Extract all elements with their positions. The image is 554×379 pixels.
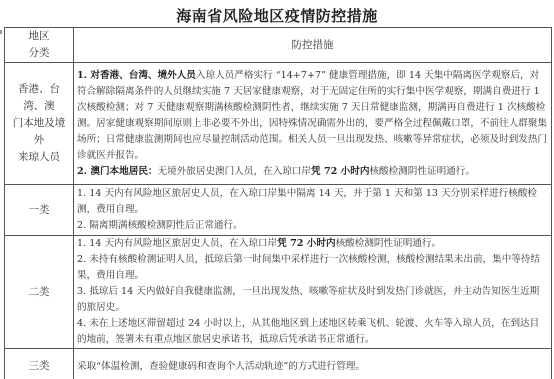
measure-item-text: 入琼人员严格实行 “14+7+7” 健康管理措施，即 14 天集中隔离医学观察后…: [77, 70, 547, 161]
category-cell: 一类: [5, 185, 74, 236]
measure-item-text: 核酸检测阴性证明通行。: [369, 166, 475, 177]
measure-item: 采取“体温检测，查验健康码和查询个人活动轨迹”的方式进行管理。: [77, 359, 548, 375]
measures-table: 地区 分类 防控措施 香港、台湾、澳 门本地及境外 来琼人员 1. 对香港、台湾…: [4, 27, 552, 379]
measure-item: 4. 未在上述地区滞留超过 24 小时以上，从其他地区到上述地区转乘飞机、轮渡、…: [77, 316, 548, 348]
measure-item-text: 1. 14 天内有风险地区旅居史人员，在入琼口岸: [77, 238, 277, 249]
measures-cell: 1. 14 天内有风险地区旅居史人员，在入琼口岸凭 72 小时内核酸检测阴性证明…: [74, 236, 552, 349]
page-title: 海南省风险地区疫情防控措施: [0, 5, 554, 26]
table-row: 一类 1. 14 天内有风险地区旅居史人员，在入琼口岸集中隔离 14 天，并于第…: [5, 185, 552, 236]
header-category-line1: 地区: [8, 28, 70, 45]
measure-item: 2. 澳门本地居民：无境外旅居史澳门人员，在入琼口岸凭 72 小时内核酸检测阴性…: [77, 164, 548, 180]
measure-item: 1. 14 天内有风险地区旅居史人员，在入琼口岸凭 72 小时内核酸检测阴性证明…: [77, 236, 548, 252]
table-header-row: 地区 分类 防控措施: [5, 28, 552, 63]
measure-item: 1. 14 天内有风险地区旅居史人员，在入琼口岸集中隔离 14 天，并于第 1 …: [77, 186, 548, 218]
measures-cell: 采取“体温检测，查验健康码和查询个人活动轨迹”的方式进行管理。: [74, 349, 552, 379]
table-row: 二类 1. 14 天内有风险地区旅居史人员，在入琼口岸凭 72 小时内核酸检测阴…: [5, 236, 552, 349]
measure-item-bold: 2. 澳门本地居民：: [77, 166, 158, 177]
measure-item-bold: 1. 对香港、台湾、境外人员: [77, 70, 196, 81]
category-cell: 三类: [5, 349, 74, 379]
measure-item-bold: 凭 72 小时内: [277, 238, 335, 249]
measure-item-text: 核酸检测阴性证明通行。: [336, 238, 442, 249]
category-cell: 香港、台湾、澳 门本地及境外 来琼人员: [5, 63, 74, 185]
header-category: 地区 分类: [5, 28, 74, 63]
measure-item: 3. 抵琼后 14 天内做好自我健康监测，一旦出现发热、咳嗽等症状及时到发热门诊…: [77, 284, 548, 316]
measure-item-bold: 凭 72 小时内: [311, 166, 369, 177]
measures-cell: 1. 14 天内有风险地区旅居史人员，在入琼口岸集中隔离 14 天，并于第 1 …: [74, 185, 552, 236]
category-line: 来琼人员: [8, 149, 70, 166]
measure-item: 1. 对香港、台湾、境外人员入琼人员严格实行 “14+7+7” 健康管理措施，即…: [77, 68, 548, 164]
measure-item-text: 无境外旅居史澳门人员，在入琼口岸: [158, 166, 312, 177]
category-line: 香港、台湾、澳: [8, 81, 70, 115]
header-category-line2: 分类: [8, 45, 70, 62]
category-line: 门本地及境外: [8, 115, 70, 149]
category-cell: 二类: [5, 236, 74, 349]
measure-item: 2. 隔离期满核酸检测阴性后正常通行。: [77, 218, 548, 234]
header-measures: 防控措施: [74, 28, 552, 63]
table-row: 香港、台湾、澳 门本地及境外 来琼人员 1. 对香港、台湾、境外人员入琼人员严格…: [5, 63, 552, 185]
measure-item: 2. 未持有核酸检测证明人员，抵琼后第一时间集中采样进行一次核酸检测，核酸检测结…: [77, 252, 548, 284]
edge-mark: [0, 30, 2, 34]
table-row: 三类 采取“体温检测，查验健康码和查询个人活动轨迹”的方式进行管理。: [5, 349, 552, 379]
measures-cell: 1. 对香港、台湾、境外人员入琼人员严格实行 “14+7+7” 健康管理措施，即…: [74, 63, 552, 185]
